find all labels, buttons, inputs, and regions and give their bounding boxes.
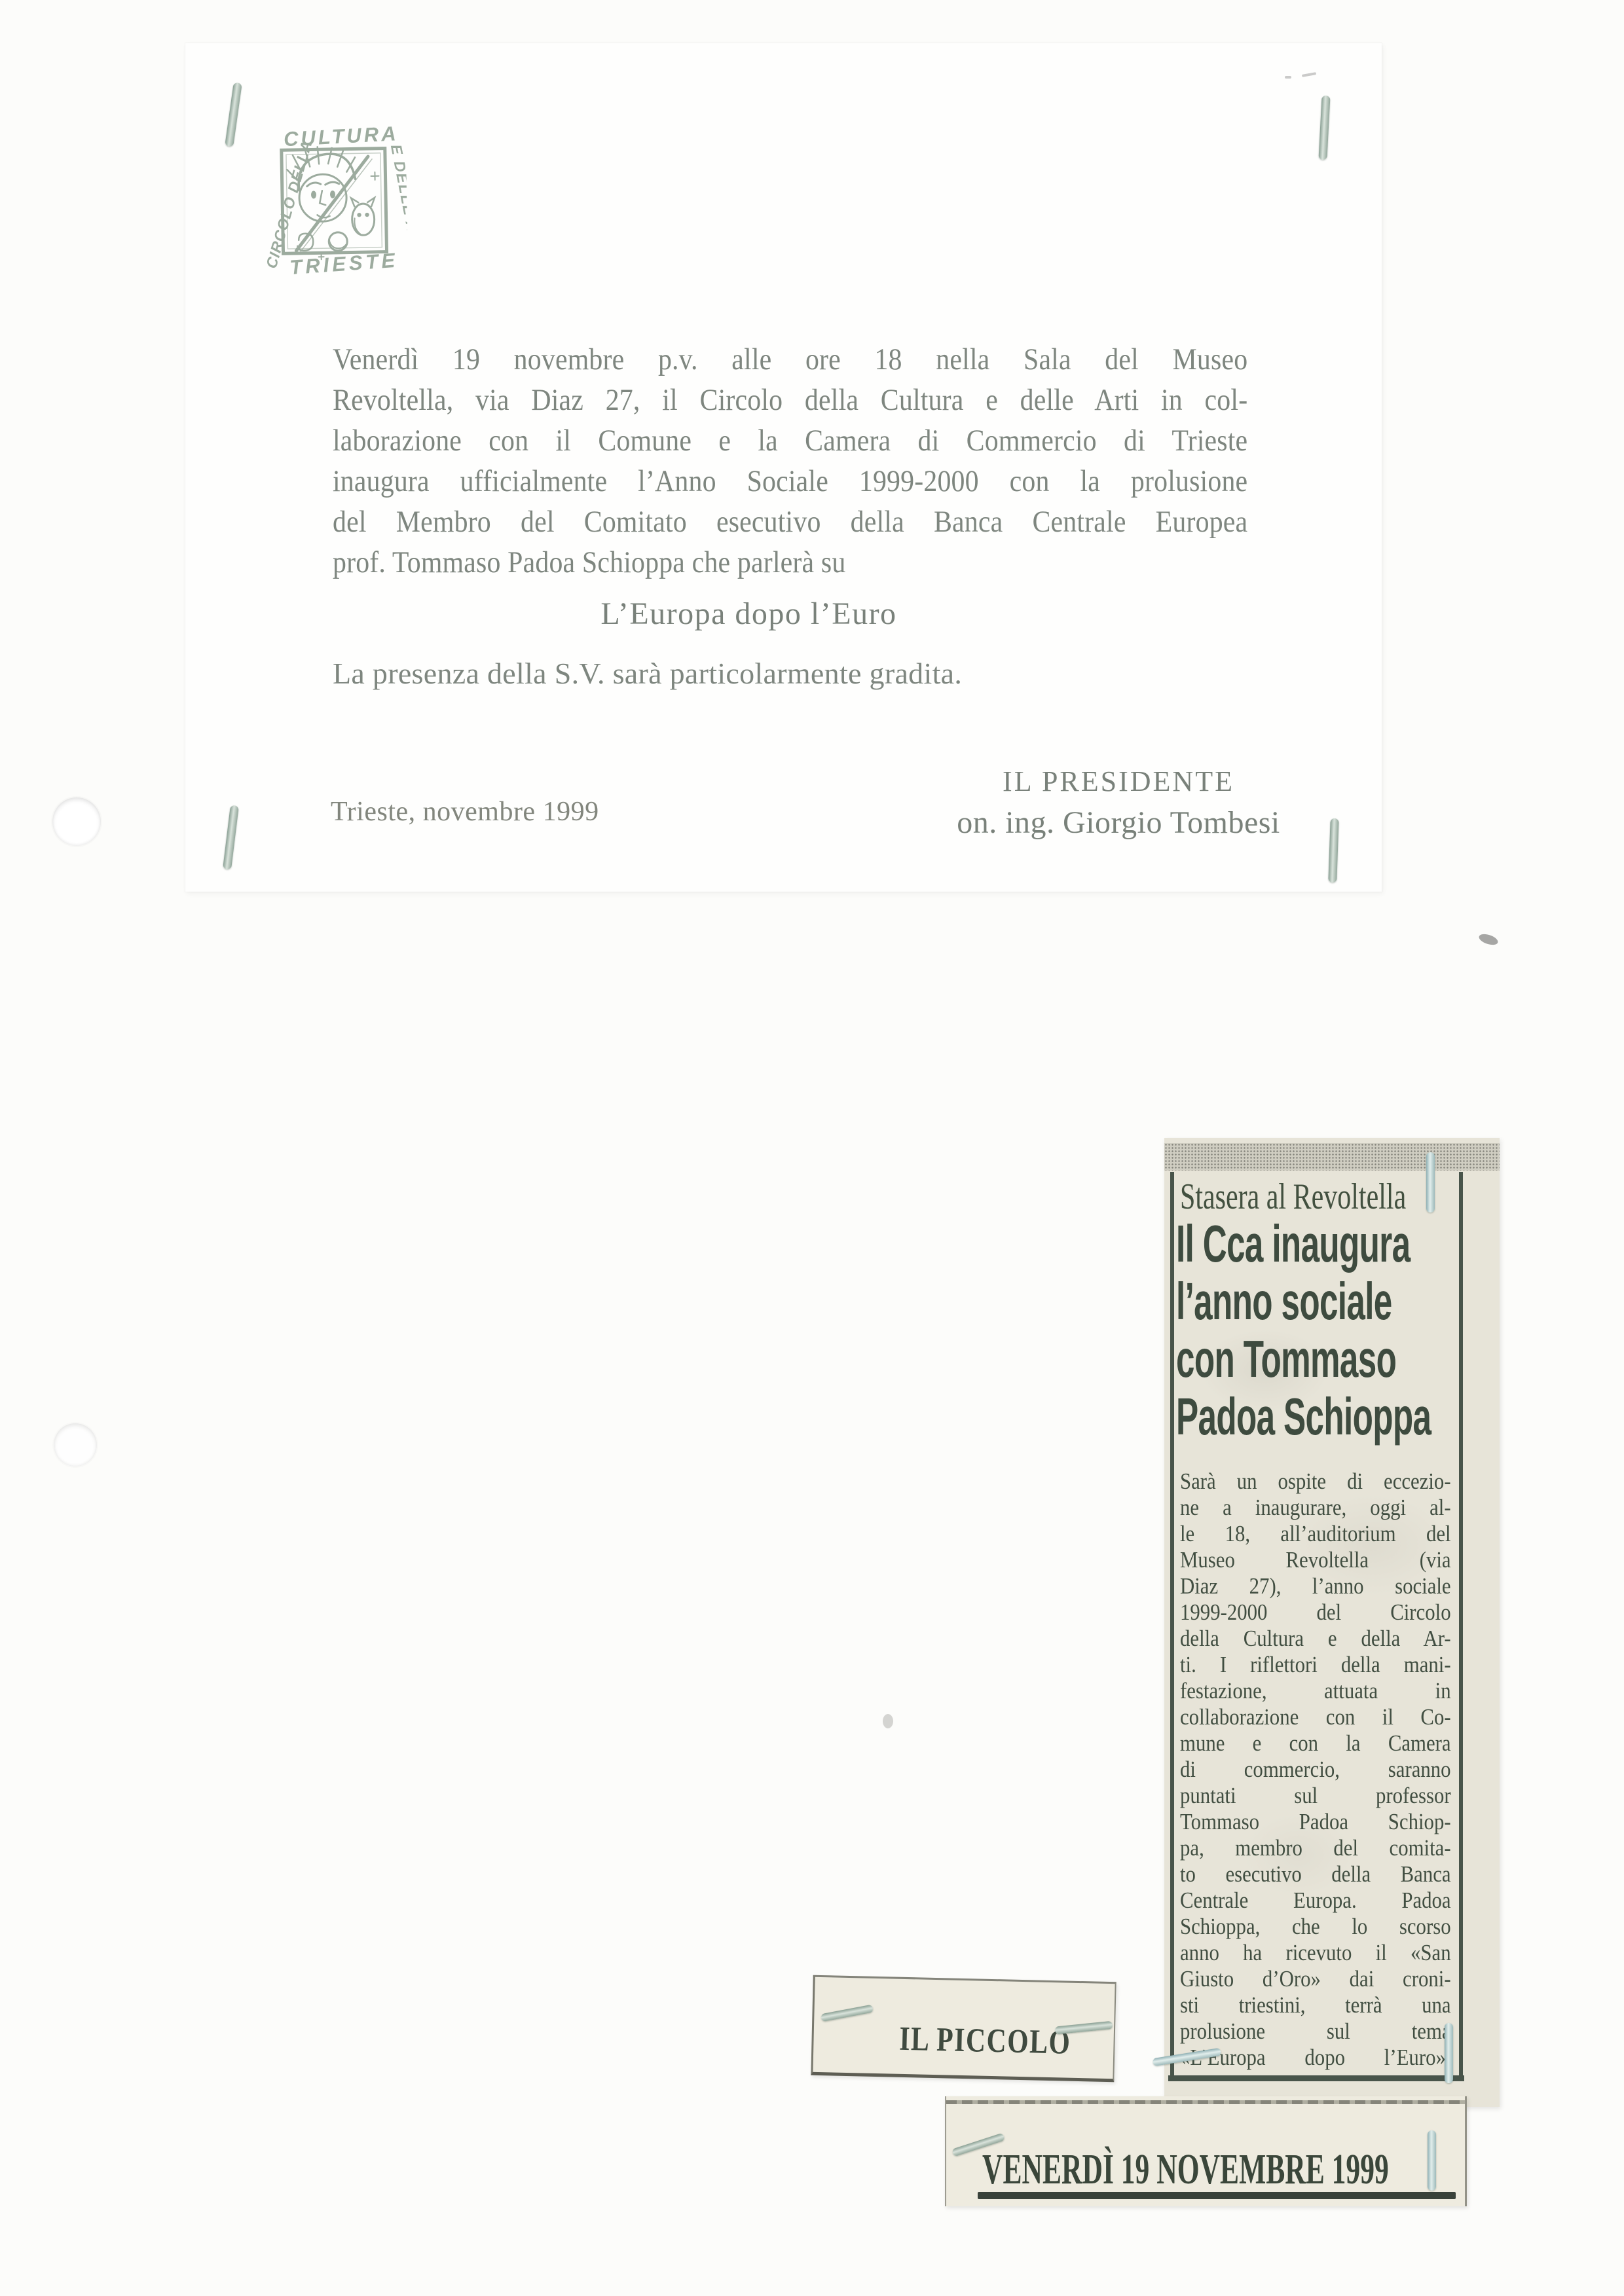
newspaper-name-text: IL PICCOLO: [899, 2020, 1071, 2062]
invitation-line: laborazione con il Comune e la Camera di…: [333, 420, 1247, 461]
date-label: VENERDÌ 19 NOVEMBRE 1999: [945, 2096, 1467, 2206]
staple-icon: [1426, 1152, 1435, 1212]
headline-text: con Tommaso: [1176, 1329, 1396, 1389]
invitation-line: del Membro del Comitato esecutivo della …: [333, 501, 1247, 542]
clipping-line: Diaz 27), l’anno sociale: [1180, 1573, 1451, 1599]
clipping-line: prolusione sul tema: [1180, 2018, 1451, 2045]
headline-text: Padoa Schioppa: [1176, 1387, 1431, 1447]
star-sparkles-icon: [317, 172, 380, 260]
date-label-text: VENERDÌ 19 NOVEMBRE 1999: [982, 2145, 1598, 2195]
staple-icon: [1445, 2023, 1453, 2083]
column-rule-left: [1170, 1172, 1174, 2081]
headline-line: con Tommaso: [1176, 1329, 1574, 1387]
clipping-line: «L’Europa dopo l’Euro».: [1180, 2045, 1451, 2071]
headline-line: Padoa Schioppa: [1176, 1387, 1574, 1444]
clipping-line: pa, membro del comita-: [1180, 1835, 1451, 1861]
punch-hole: [54, 1423, 97, 1467]
clipping-line: puntati sul professor: [1180, 1783, 1451, 1809]
clipping-headline: Il Cca inaugura l’anno sociale con Tomma…: [1176, 1214, 1574, 1444]
clipping-line: Centrale Europa. Padoa: [1180, 1887, 1451, 1914]
sphere-icon: [329, 232, 347, 251]
halftone-band: [1164, 1143, 1500, 1171]
invitation-body-paragraph: Venerdì 19 novembre p.v. alle ore 18 nel…: [333, 339, 1247, 583]
clipping-line: 1999-2000 del Circolo: [1180, 1599, 1451, 1626]
clipping-line: le 18, all’auditorium del: [1180, 1521, 1451, 1547]
scanned-archive-page: CULTURA CIRCOLO DELLA E DELLE ARTI TRIES…: [0, 0, 1624, 2296]
headline-text: l’anno sociale: [1176, 1271, 1392, 1332]
invitation-card: CULTURA CIRCOLO DELLA E DELLE ARTI TRIES…: [185, 43, 1382, 892]
lecture-title: L’Europa dopo l’Euro: [291, 596, 1206, 632]
clipping-line: Sarà un ospite di eccezio-: [1180, 1468, 1451, 1495]
ink-smudge: [883, 1714, 893, 1728]
clipping-kicker: Stasera al Revoltella: [1180, 1176, 1481, 1218]
signature-name: on. ing. Giorgio Tombesi: [935, 805, 1302, 841]
clipping-line: sti triestini, terrà una: [1180, 1992, 1451, 2018]
pencil-mark: [1285, 76, 1291, 79]
clipping-line: mune e con la Camera: [1180, 1730, 1451, 1757]
clipping-line: ti. I riflettori della mani-: [1180, 1652, 1451, 1678]
club-logo-stamp-icon: CULTURA CIRCOLO DELLA E DELLE ARTI TRIES…: [255, 110, 408, 280]
headline-line: l’anno sociale: [1176, 1271, 1574, 1329]
headline-line: Il Cca inaugura: [1176, 1214, 1574, 1271]
owl-icon: [351, 198, 375, 236]
label-bottom-rule: [978, 2192, 1456, 2199]
clipping-line: Museo Revoltella (via: [1180, 1547, 1451, 1573]
staple-icon: [1428, 2130, 1436, 2191]
place-date-line: Trieste, novembre 1999: [331, 796, 599, 828]
invitation-line: Venerdì 19 novembre p.v. alle ore 18 nel…: [333, 339, 1247, 380]
clipping-line: Giusto d’Oro» dai croni-: [1180, 1966, 1451, 1992]
newspaper-clipping: Stasera al Revoltella Il Cca inaugura l’…: [1164, 1138, 1500, 2107]
clipping-line: anno ha ricevuto il «San: [1180, 1940, 1451, 1966]
clipping-line: Tommaso Padoa Schiop-: [1180, 1809, 1451, 1835]
clipping-line: ne a inaugurare, oggi al-: [1180, 1495, 1451, 1521]
clipping-line: collaborazione con il Co-: [1180, 1704, 1451, 1730]
signature-role: IL PRESIDENTE: [935, 765, 1302, 798]
newspaper-name-label: IL PICCOLO: [811, 1975, 1116, 2082]
column-rule-bottom: [1168, 2075, 1464, 2081]
headline-text: Il Cca inaugura: [1176, 1214, 1410, 1274]
punch-hole: [52, 797, 101, 846]
label-top-rule: [946, 2100, 1465, 2104]
clipping-line: to esecutivo della Banca: [1180, 1861, 1451, 1887]
invitation-line: Revoltella, via Diaz 27, il Circolo dell…: [333, 380, 1247, 420]
clipping-line: festazione, attuata in: [1180, 1678, 1451, 1704]
clipping-line: della Cultura e della Ar-: [1180, 1626, 1451, 1652]
staple-icon: [821, 2005, 874, 2022]
clipping-body: Sarà un ospite di eccezio- ne a inaugura…: [1180, 1468, 1451, 2071]
invitation-line: inaugura ufficialmente l’Anno Sociale 19…: [333, 461, 1247, 501]
stamp-text-right: E DELLE ARTI: [388, 143, 408, 262]
clipping-line: di commercio, saranno: [1180, 1757, 1451, 1783]
ink-smudge: [1478, 932, 1500, 947]
clipping-line: Schioppa, che lo scorso: [1180, 1914, 1451, 1940]
invitation-line: prof. Tommaso Padoa Schioppa che parlerà…: [333, 542, 1247, 583]
courtesy-line: La presenza della S.V. sarà particolarme…: [333, 656, 962, 691]
kicker-text: Stasera al Revoltella: [1180, 1176, 1406, 1218]
signature-block: IL PRESIDENTE on. ing. Giorgio Tombesi: [935, 765, 1302, 841]
date-text: VENERDÌ 19 NOVEMBRE 1999: [982, 2145, 1389, 2195]
